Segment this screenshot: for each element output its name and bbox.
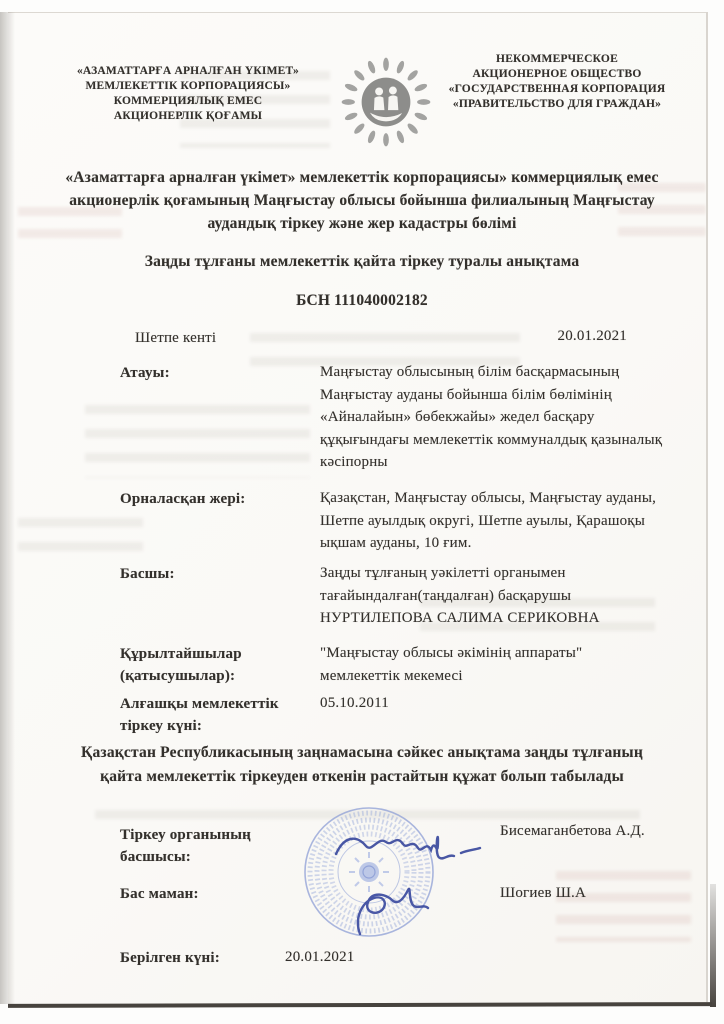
signatory-label: Тіркеу органының басшысы: xyxy=(120,825,295,869)
issuing-org-name-russian: НЕКОММЕРЧЕСКОЕ АКЦИОНЕРНОЕ ОБЩЕСТВО «ГОС… xyxy=(448,52,666,112)
field-label: Басшы: xyxy=(120,564,310,586)
government-for-citizens-logo-icon xyxy=(340,56,432,148)
field-label: Орналасқан жері: xyxy=(120,489,310,511)
field-label: Құрылтайшылар (қатысушылар): xyxy=(120,644,310,688)
issue-place: Шетпе кенті xyxy=(135,327,335,350)
document-type-title: Заңды тұлғаны мемлекеттік қайта тіркеу т… xyxy=(62,250,662,273)
issued-label: Берілген күні: xyxy=(120,948,310,970)
scan-right-dark-edge xyxy=(710,884,716,1007)
official-stamp-icon xyxy=(301,804,437,940)
issue-date: 20.01.2021 xyxy=(455,325,627,348)
field-value: "Маңғыстау облысы әкімінің аппараты" мем… xyxy=(320,642,665,687)
signatory-name: Бисемаганбетова А.Д. xyxy=(500,820,690,843)
field-label: Алғашқы мемлекеттік тіркеу күні: xyxy=(120,694,320,738)
issuing-org-name-kazakh: «АЗАМАТТАРҒА АРНАЛҒАН ҮКІМЕТ» МЕМЛЕКЕТТІ… xyxy=(70,64,306,124)
branch-title: «Азаматтарға арналған үкімет» мемлекетті… xyxy=(62,166,662,235)
signatory-label: Бас маман: xyxy=(120,884,295,906)
scanned-certificate-page: «АЗАМАТТАРҒА АРНАЛҒАН ҮКІМЕТ» МЕМЛЕКЕТТІ… xyxy=(0,0,724,1024)
field-value: Қазақстан, Маңғыстау облысы, Маңғыстау а… xyxy=(320,487,665,555)
bin-number: БСН 111040002182 xyxy=(62,289,662,312)
signatory-name: Шогиев Ш.А xyxy=(500,882,690,905)
field-value: Маңғыстау облысының білім басқармасының … xyxy=(320,361,665,474)
legal-statement: Қазақстан Республикасының заңнамасына сә… xyxy=(70,741,654,789)
field-label: Атауы: xyxy=(120,363,310,385)
issued-value: 20.01.2021 xyxy=(285,946,445,969)
field-value: Заңды тұлғаның уәкілетті органымен тағай… xyxy=(320,562,670,630)
field-value: 05.10.2011 xyxy=(320,692,665,715)
